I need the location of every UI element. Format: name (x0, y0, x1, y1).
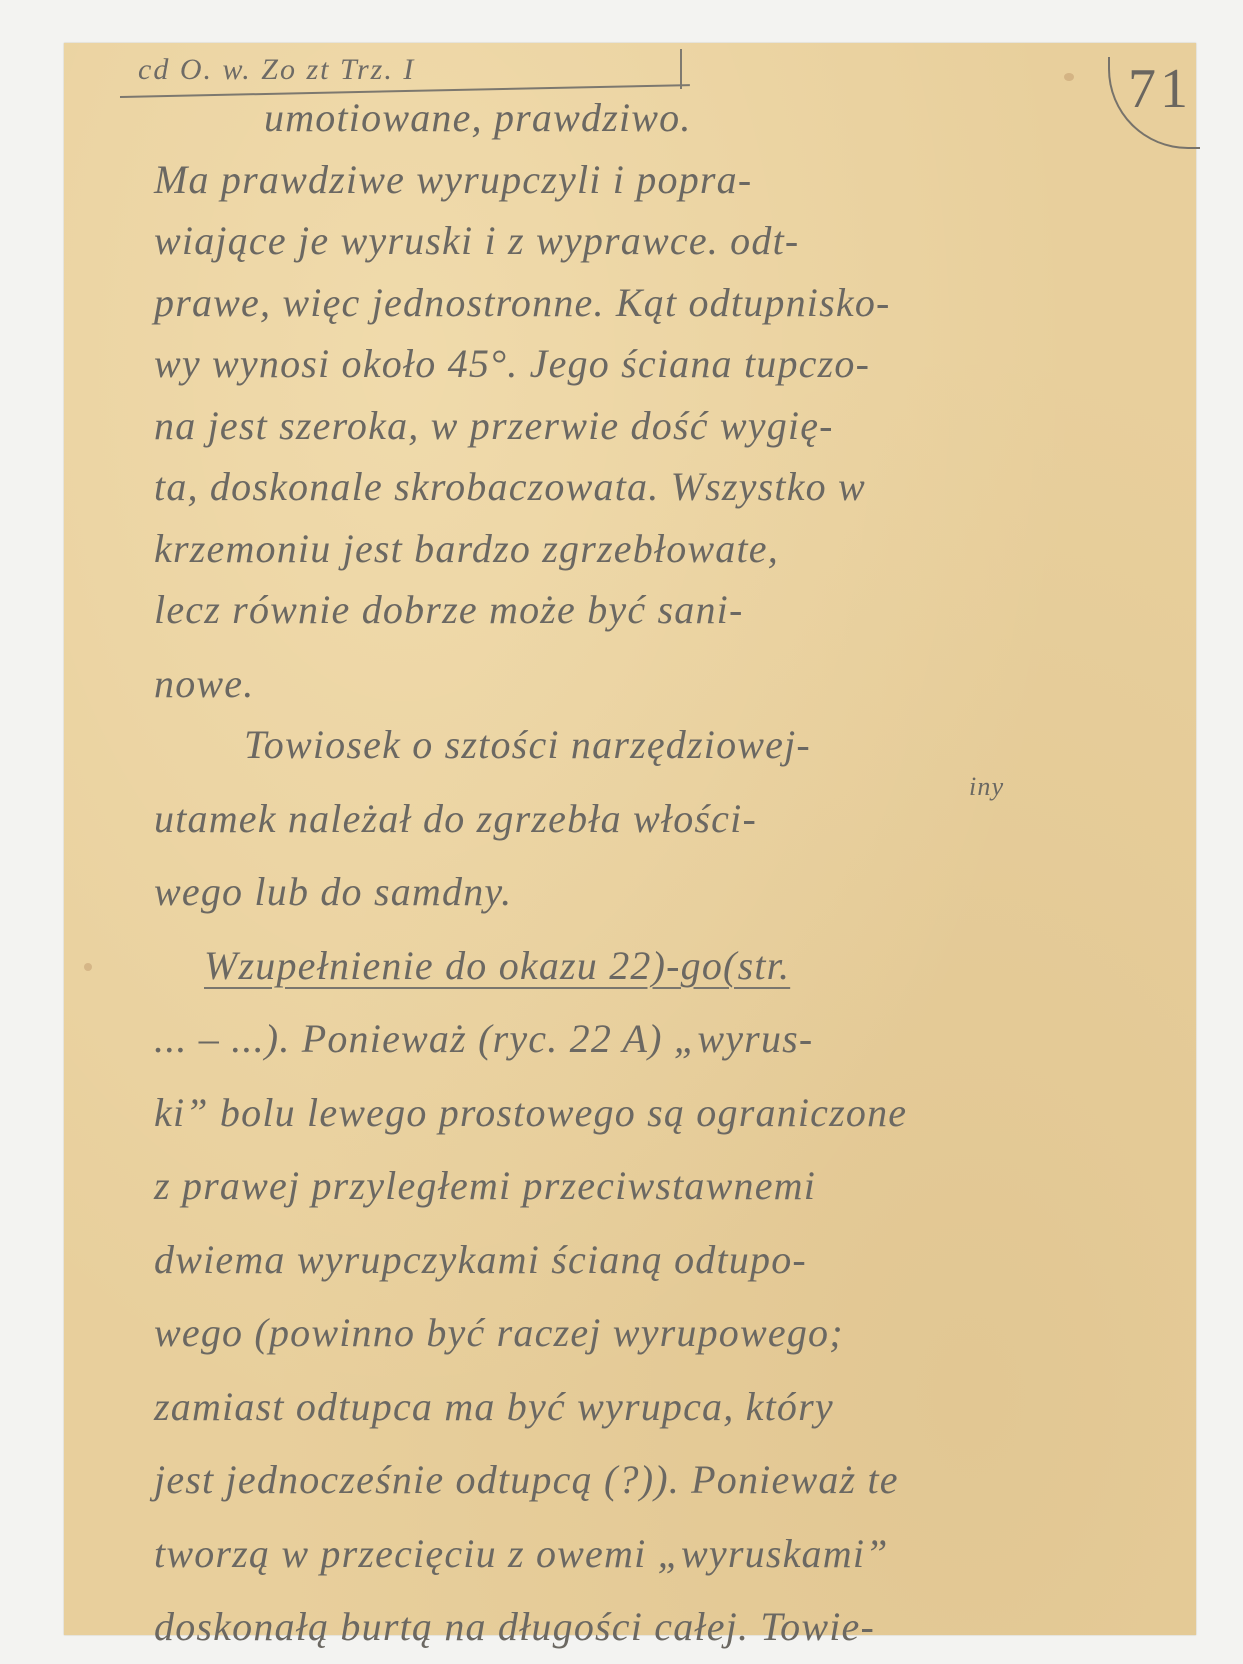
line-text: utamek należał do zgrzebła włości- (154, 796, 757, 841)
text-line: ta, doskonale skrobaczowata. Wszystko w (154, 456, 1184, 518)
text-line: umotiowane, prawdziwo. (154, 87, 1184, 149)
line-text: Ma prawdziwe wyrupczyli i popra- (154, 157, 752, 202)
manuscript-text: umotiowane, prawdziwo. Ma prawdziwe wyru… (154, 87, 1184, 1658)
line-text: prawe, więc jednostronne. Kąt odtupnisko… (154, 280, 891, 325)
line-text: umotiowane, prawdziwo. (264, 95, 692, 140)
text-line: na jest szeroka, w przerwie dość wygię- (154, 395, 1184, 457)
line-text: doskonałą burtą na długości całej. Towie… (154, 1604, 875, 1649)
line-text: ta, doskonale skrobaczowata. Wszystko w (154, 464, 866, 509)
text-line: tworzą w przecięciu z owemi „wyruskami” (154, 1523, 1184, 1585)
line-text: wy wynosi około 45°. Jego ściana tupczo- (154, 341, 870, 386)
text-line: zamiast odtupca ma być wyrupca, który (154, 1376, 1184, 1438)
line-text: na jest szeroka, w przerwie dość wygię- (154, 403, 834, 448)
text-line: wiające je wyruski i z wyprawce. odt- (154, 210, 1184, 272)
text-line: wy wynosi około 45°. Jego ściana tupczo- (154, 333, 1184, 395)
line-text: lecz równie dobrze może być sani- (154, 587, 744, 632)
text-line: lecz równie dobrze może być sani- (154, 579, 1184, 641)
line-text: krzemoniu jest bardzo zgrzebłowate, (154, 526, 779, 571)
line-text: ... – ...). Ponieważ (ryc. 22 A) „wyrus- (154, 1016, 813, 1061)
paper-stain (84, 963, 92, 971)
text-line: z prawej przyległemi przeciwstawnemi (154, 1155, 1184, 1217)
line-text: dwiema wyrupczykami ścianą odtupo- (154, 1237, 807, 1282)
text-line: Ma prawdziwe wyrupczyli i popra- (154, 149, 1184, 211)
text-line: wego lub do samdny. (154, 861, 1184, 923)
line-text: jest jednocześnie odtupcą (?)). Ponieważ… (154, 1457, 899, 1502)
line-text: tworzą w przecięciu z owemi „wyruskami” (154, 1531, 889, 1576)
text-line: krzemoniu jest bardzo zgrzebłowate, (154, 518, 1184, 580)
paper-stain (1064, 73, 1074, 81)
text-line: dwiema wyrupczykami ścianą odtupo- (154, 1229, 1184, 1291)
header-note: cd O. w. Zo zt Trz. I (138, 53, 415, 87)
text-line: iny utamek należał do zgrzebła włości- (154, 788, 1184, 850)
section-heading: Wzupełnienie do okazu 22)-go(str. (154, 935, 1184, 997)
line-text: nowe. (154, 661, 254, 706)
line-text: ki” bolu lewego prostowego są ograniczon… (154, 1090, 907, 1135)
text-line: ... – ...). Ponieważ (ryc. 22 A) „wyrus- (154, 1008, 1184, 1070)
text-line: wego (powinno być raczej wyrupowego; (154, 1302, 1184, 1364)
line-text: zamiast odtupca ma być wyrupca, który (154, 1384, 834, 1429)
line-text: wego lub do samdny. (154, 869, 512, 914)
text-line: jest jednocześnie odtupcą (?)). Ponieważ… (154, 1449, 1184, 1511)
header-note-box: cd O. w. Zo zt Trz. I (120, 49, 682, 89)
text-line: prawe, więc jednostronne. Kąt odtupnisko… (154, 272, 1184, 334)
line-text: z prawej przyległemi przeciwstawnemi (154, 1163, 816, 1208)
text-line: ki” bolu lewego prostowego są ograniczon… (154, 1082, 1184, 1144)
superscript-insertion: iny (969, 774, 1004, 800)
line-text: wiające je wyruski i z wyprawce. odt- (154, 218, 799, 263)
heading-text: Wzupełnienie do okazu 22)-go(str. (204, 943, 790, 988)
text-line: Towiosek o sztości narzędziowej- (154, 714, 1184, 776)
line-text: Towiosek o sztości narzędziowej- (244, 722, 811, 767)
manuscript-page: cd O. w. Zo zt Trz. I 71 umotiowane, pra… (64, 43, 1196, 1635)
line-text: wego (powinno być raczej wyrupowego; (154, 1310, 844, 1355)
text-line: doskonałą burtą na długości całej. Towie… (154, 1596, 1184, 1658)
text-line: nowe. (154, 653, 1184, 715)
